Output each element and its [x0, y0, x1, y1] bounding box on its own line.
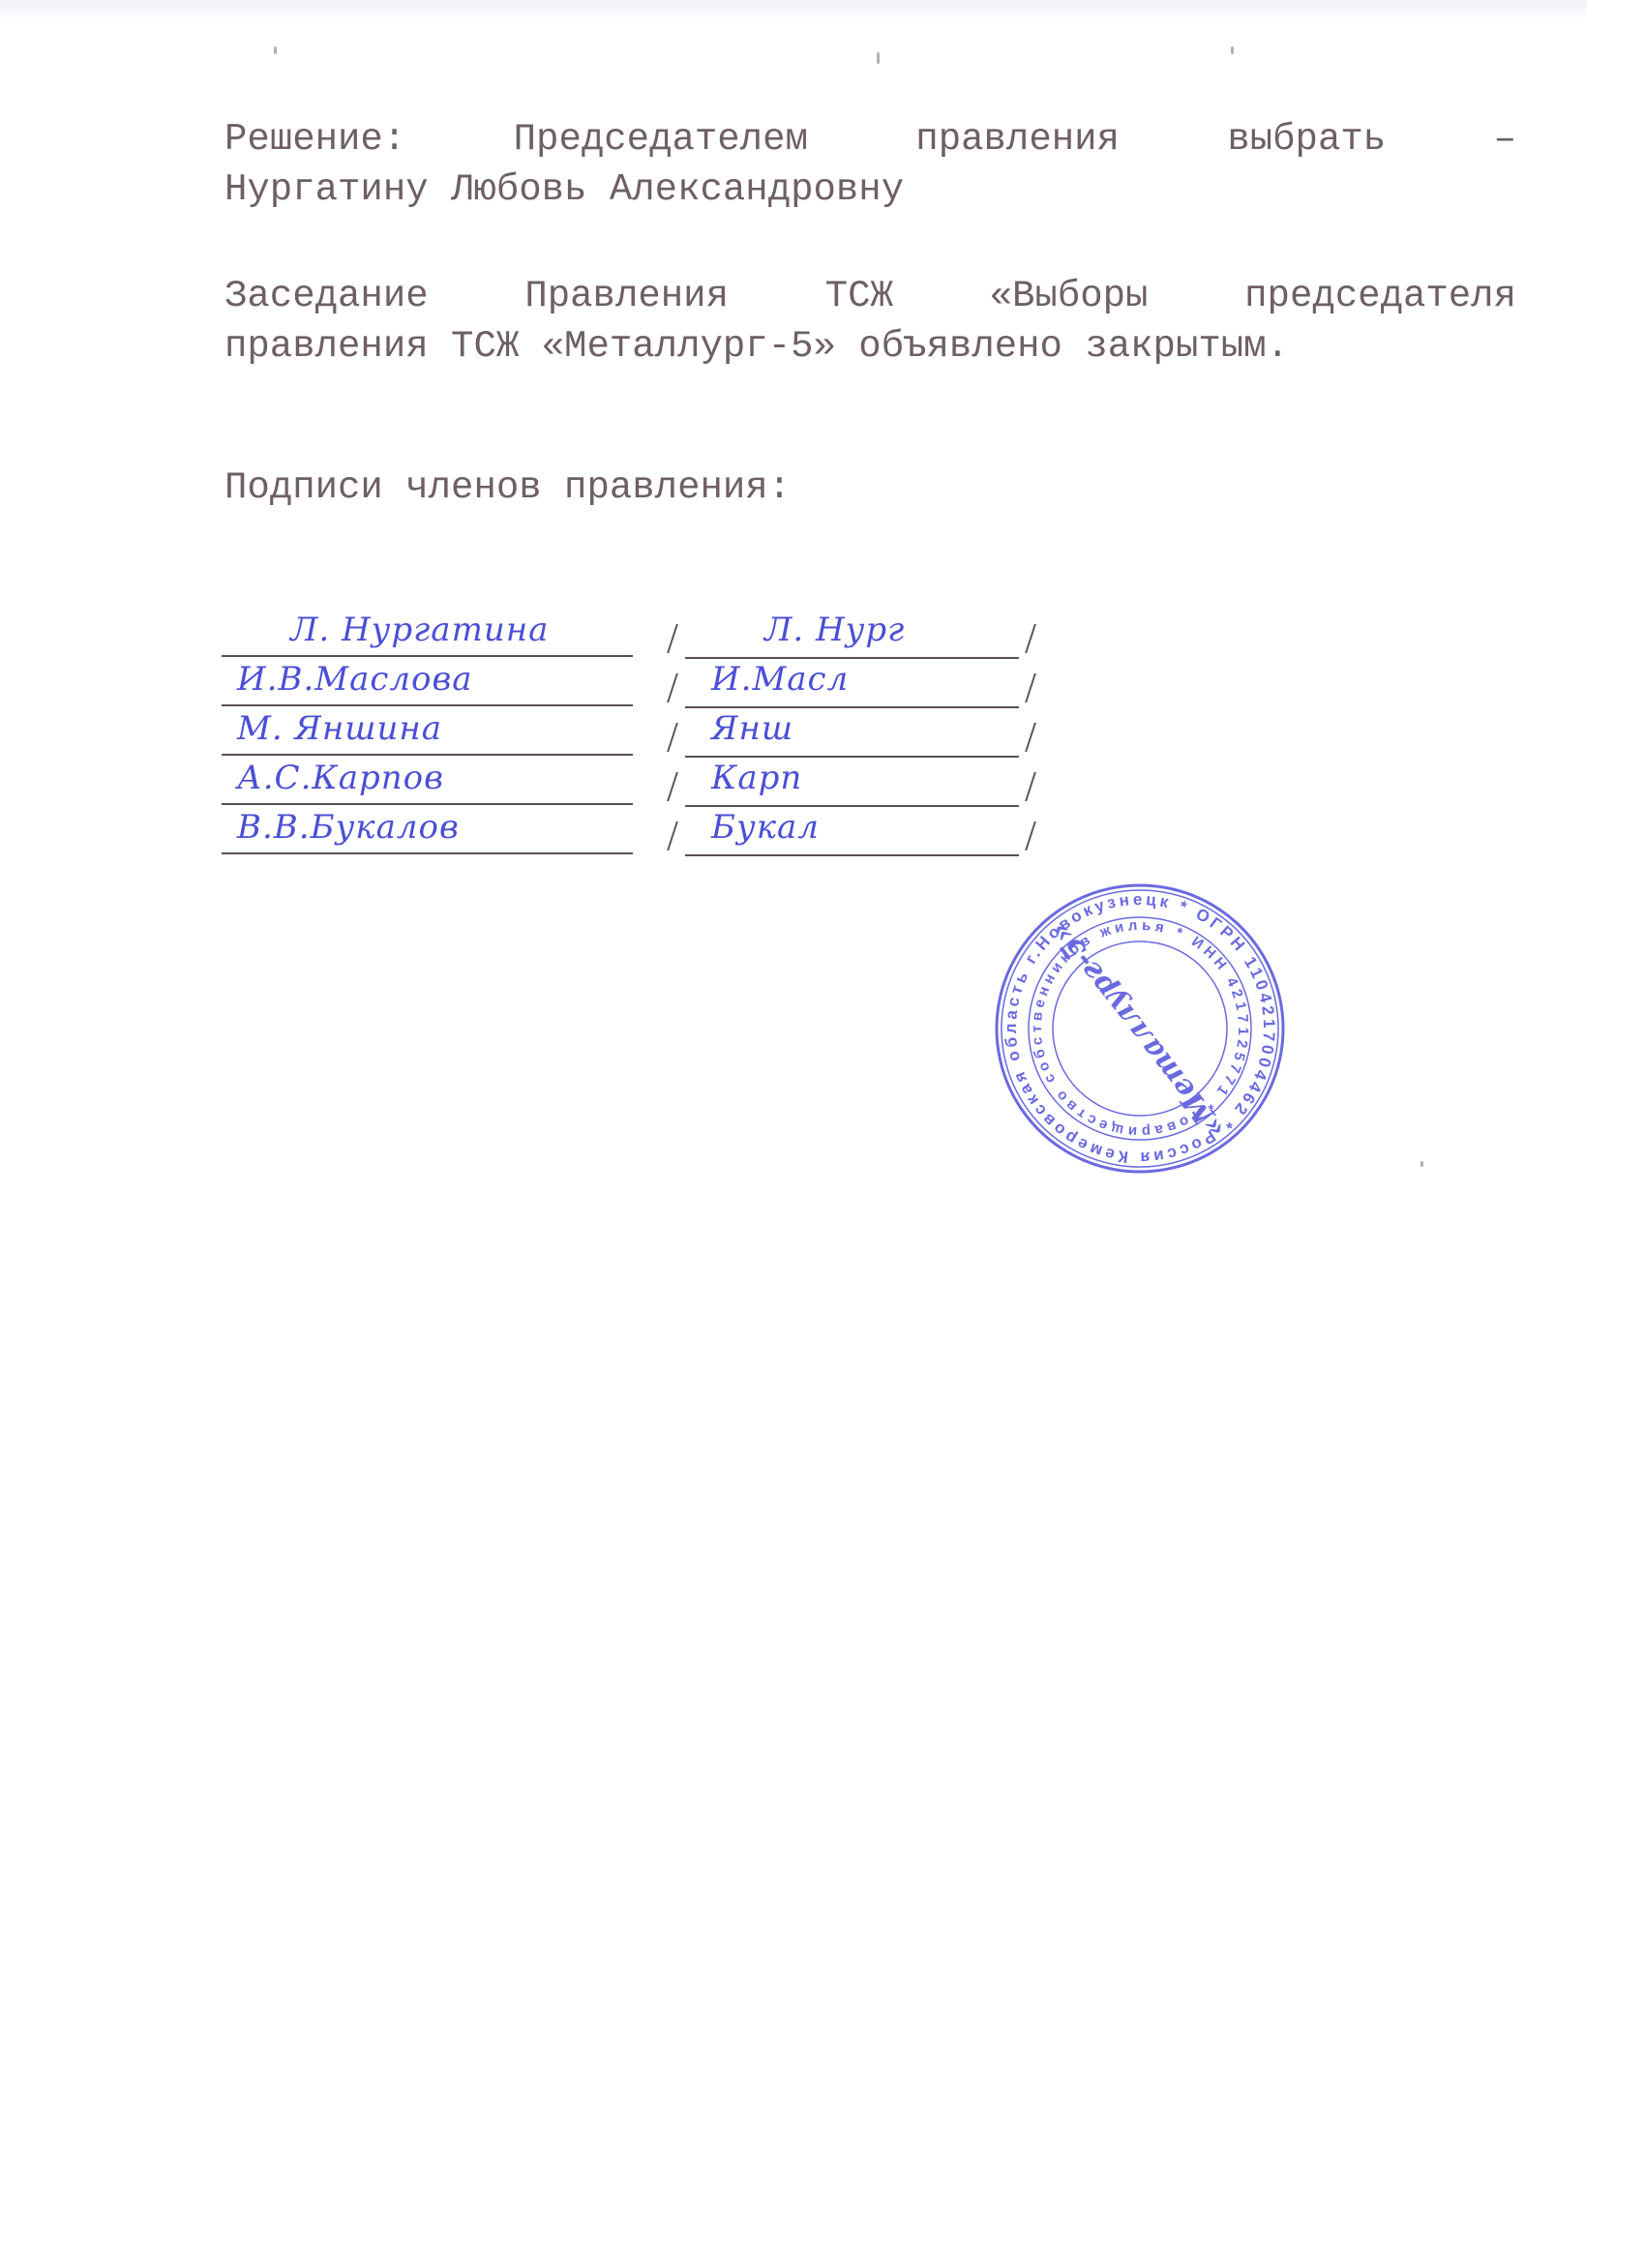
closing-line-1: Заседание Правления ТСЖ «Выборы председа… — [224, 271, 1516, 321]
separator-slash — [1025, 673, 1036, 702]
name-line — [222, 655, 633, 657]
separator-slash — [667, 673, 678, 702]
member-name: Л. Нургатина — [290, 611, 549, 649]
member-signature: Л. Нург — [764, 611, 905, 649]
scan-speck — [1421, 1161, 1423, 1167]
name-line — [222, 754, 633, 756]
name-line — [222, 852, 633, 854]
name-line — [222, 803, 633, 805]
closing-line-2: правления ТСЖ «Металлург-5» объявлено за… — [224, 321, 1516, 372]
member-signature: Янш — [711, 709, 793, 748]
separator-slash — [667, 624, 678, 653]
separator-slash — [1025, 723, 1036, 752]
separator-slash — [1025, 624, 1036, 653]
member-name: А.С.Карпов — [237, 759, 444, 797]
separator-slash — [1025, 772, 1036, 801]
member-signature: И.Масл — [711, 660, 849, 699]
signature-row: В.В.БукаловБукал — [0, 0, 1645, 48]
organization-stamp: Россия Кемеровская область г.Новокузнецк… — [992, 880, 1288, 1177]
separator-slash — [667, 772, 678, 801]
member-name: В.В.Букалов — [237, 808, 460, 847]
signatures-heading: Подписи членов правления: — [224, 463, 1516, 513]
signature-line — [685, 805, 1019, 807]
separator-slash — [667, 821, 678, 850]
separator-slash — [1025, 821, 1036, 850]
name-line — [222, 704, 633, 706]
member-name: М. Яншина — [237, 709, 442, 748]
separator-slash — [667, 723, 678, 752]
closing-paragraph: Заседание Правления ТСЖ «Выборы председа… — [224, 271, 1516, 372]
decision-line-1: Решение: Председателем правления выбрать… — [224, 114, 1516, 164]
member-name: И.В.Маслова — [237, 660, 473, 699]
member-signature: Букал — [711, 808, 820, 847]
signature-line — [685, 854, 1019, 856]
scan-speck — [877, 52, 880, 64]
decision-paragraph: Решение: Председателем правления выбрать… — [224, 114, 1516, 215]
member-signature: Карп — [711, 759, 802, 797]
signature-line — [685, 657, 1019, 659]
signature-line — [685, 756, 1019, 758]
signature-line — [685, 706, 1019, 708]
decision-line-2: Нургатину Любовь Александровну — [224, 164, 1516, 215]
